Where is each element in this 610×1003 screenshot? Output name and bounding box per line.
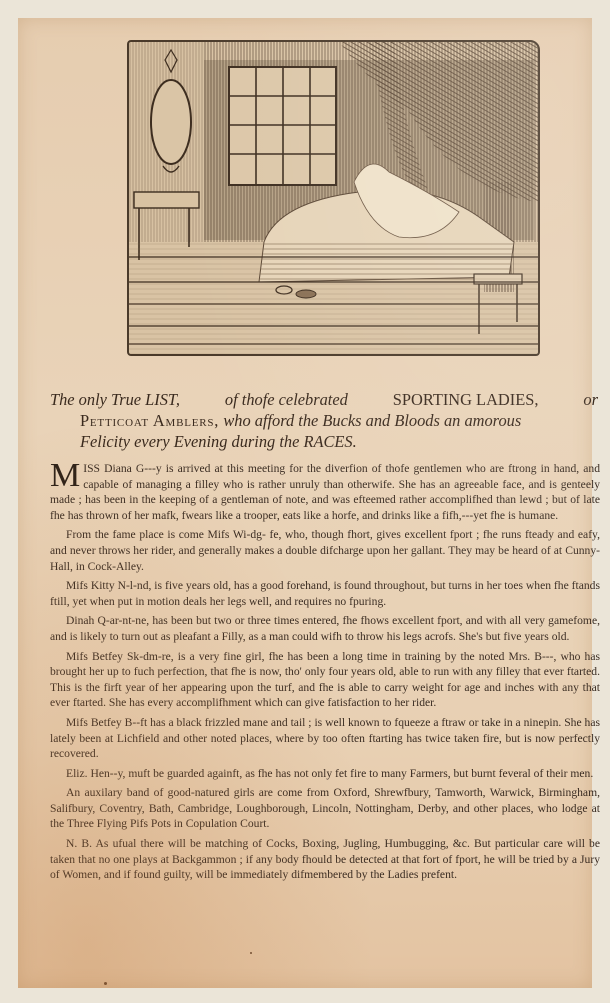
bedroom-scene-icon: [129, 42, 538, 354]
paragraph-eliz: Eliz. Hen--y, muft be guarded againft, a…: [50, 766, 600, 782]
lead-word: ISS: [83, 462, 100, 475]
title-line1-b: of thofe celebrated: [225, 389, 348, 410]
paragraph-kitty: Mifs Kitty N-l-nd, is five years old, ha…: [50, 578, 600, 609]
title-line1-a: The only True LIST,: [50, 389, 180, 410]
paragraph-auxilary-band: An auxilary band of good-natured girls a…: [50, 785, 600, 832]
paragraph-nota-bene: N. B. As ufual there will be matching of…: [50, 836, 600, 883]
paragraph-betfey-b: Mifs Betfey B--ft has a black frizzled m…: [50, 715, 600, 762]
engraving-illustration: [127, 40, 540, 356]
paragraph-diana: MISS Diana G---y is arrived at this meet…: [50, 461, 600, 523]
title-line1-d: or: [583, 389, 598, 410]
title-line2-b: who afford the Bucks and Bloods an amoro…: [223, 411, 521, 430]
paragraph-dinah: Dinah Q-ar-nt-ne, has been but two or th…: [50, 613, 600, 644]
paragraph-wi-dg-fe: From the fame place is come Mifs Wi-dg- …: [50, 527, 600, 574]
paper-stain: [250, 952, 252, 954]
title-line2-a: Petticoat Amblers,: [80, 411, 219, 430]
paragraph-betfey-sk: Mifs Betfey Sk-dm-re, is a very fine gir…: [50, 649, 600, 711]
drop-cap: M: [50, 462, 80, 490]
broadside-body: MISS Diana G---y is arrived at this meet…: [50, 461, 600, 887]
title-line1-c: SPORTING LADIES,: [393, 389, 539, 410]
broadside-title: The only True LIST, of thofe celebrated …: [50, 389, 598, 452]
paper-stain: [104, 982, 107, 985]
broadside-sheet: The only True LIST, of thofe celebrated …: [18, 18, 592, 988]
title-line3: Felicity every Evening during the RACES.: [80, 432, 357, 451]
paragraph-text: Diana G---y is arrived at this meeting f…: [50, 462, 600, 522]
